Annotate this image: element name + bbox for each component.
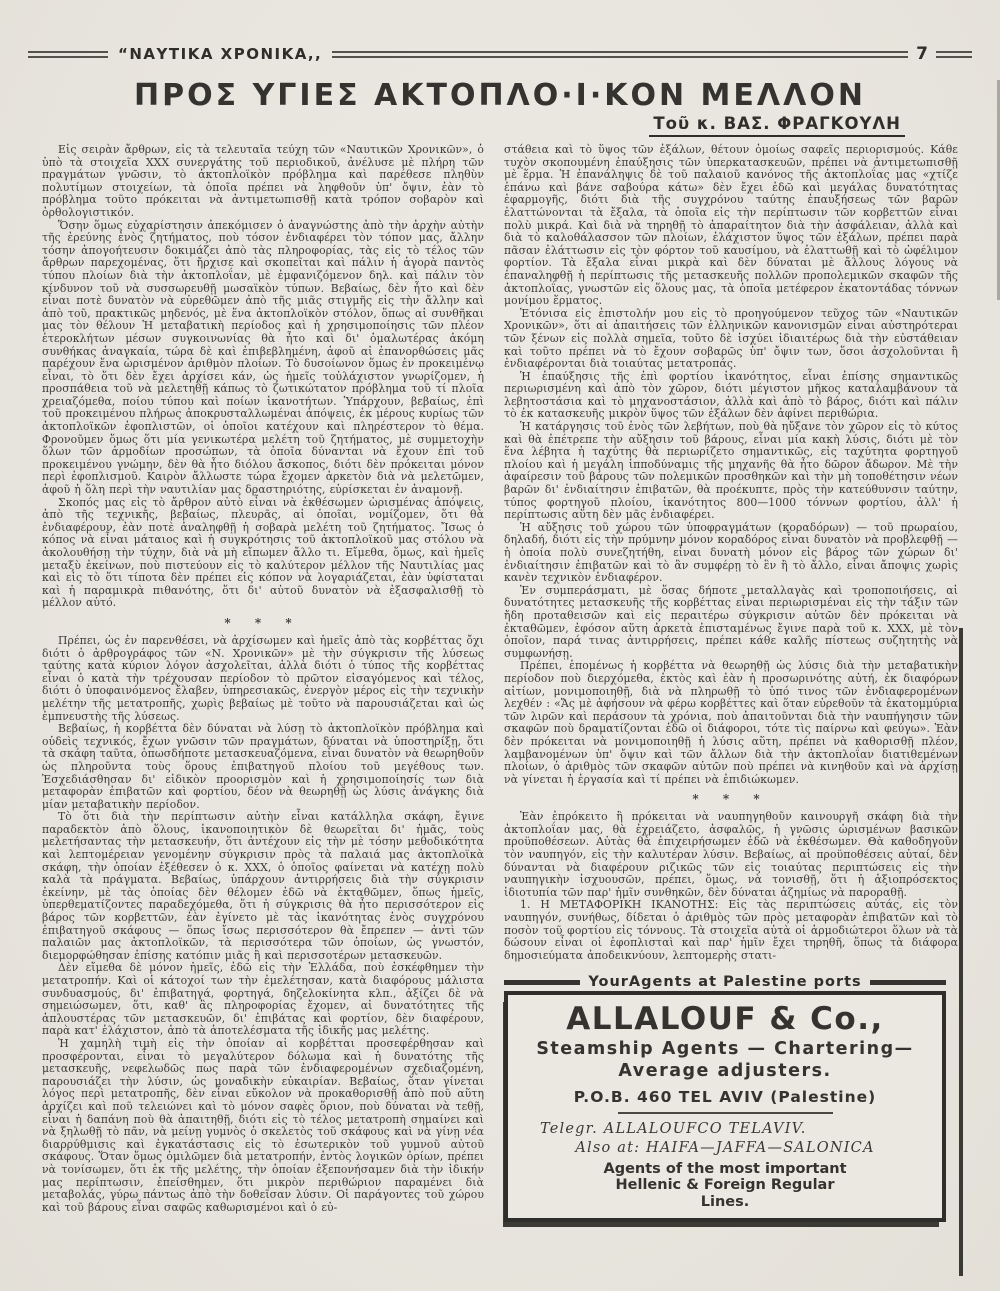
ad-address: P.O.B. 460 TEL AVIV (Palestine) <box>516 1088 934 1106</box>
ad-services-line-1: Steamship Agents — Chartering— <box>516 1039 934 1059</box>
advertisement: YourAgents at Palestine ports ALLALOUF &… <box>504 974 958 1222</box>
paragraph: Ἡ χαμηλὴ τιμὴ εἰς τὴν ὁποίαν αἱ κορβέττα… <box>42 1038 484 1214</box>
ad-header-text: YourAgents at Palestine ports <box>588 974 861 990</box>
paragraph: Δὲν εἴμεθα δὲ μόνον ἡμεῖς, ἐδῶ εἰς τὴν Ἑ… <box>42 962 484 1038</box>
ad-company-name: ALLALOUF & Co., <box>516 1001 934 1037</box>
paragraph: Τὸ ὅτι διὰ τὴν περίπτωσιν αὐτὴν εἶναι κα… <box>42 811 484 962</box>
ad-header-rule-left <box>504 980 580 985</box>
article-body: Εἰς σειρὰν ἄρθρων, εἰς τὰ τελευταῖα τεύχ… <box>0 144 1000 1222</box>
ad-header-rule-right <box>870 980 946 985</box>
page-title: ΠΡΟΣ ΥΓΙΕΣ ΑΚΤΟΠΛΟ·Ι·ΚΟΝ ΜΕΛΛΟΝ <box>0 78 1000 113</box>
header-rule-left <box>28 51 108 58</box>
header-rule-right <box>936 51 972 58</box>
ad-footer: Agents of the most important Hellenic & … <box>516 1161 934 1211</box>
ad-footer-line-2: Hellenic & Foreign Regular <box>516 1177 934 1194</box>
paragraph: Σκοπός μας εἰς τὸ ἄρθρον αὐτὸ εἶναι νὰ ἐ… <box>42 497 484 610</box>
ad-services-line-2: Average adjusters. <box>516 1061 934 1081</box>
masthead: “ΝΑΥΤΙΚΑ ΧΡΟΝΙΚΑ,, <box>108 45 332 63</box>
paragraph: Πρέπει, ὡς ἐν παρενθέσει, νὰ ἀρχίσωμεν κ… <box>42 635 484 723</box>
article-column-left: Εἰς σειρὰν ἄρθρων, εἰς τὰ τελευταῖα τεύχ… <box>42 144 484 1222</box>
section-separator: * * * <box>42 616 484 630</box>
paragraph: Βεβαίως, ἡ κορβέττα δὲν δύναται νὰ λύσῃ … <box>42 723 484 811</box>
ad-footer-line-3: Lines. <box>516 1194 934 1211</box>
paragraph: Ἡ κατάργησις τοῦ ἑνὸς τῶν λεβήτων, ποὺ θ… <box>504 421 958 522</box>
ad-telegraph: Telegr. ALLALOUFCO TELAVIV. <box>516 1121 934 1137</box>
scan-edge-artifact <box>959 628 963 1276</box>
byline: Τοῦ κ. ΒΑΣ. ΦΡΑΓΚΟΥΛΗ <box>649 114 905 137</box>
header-rule-middle <box>332 51 908 58</box>
ad-header-row: YourAgents at Palestine ports <box>504 974 946 990</box>
article-column-right: στάθεια καὶ τὸ ὕψος τῶν ἐξάλων, θέτουν ὁ… <box>504 144 958 1222</box>
paragraph: Ἐὰν ἐπρόκειτο ἢ πρόκειται νὰ ναυπηγηθοῦν… <box>504 811 958 899</box>
ad-footer-line-1: Agents of the most important <box>516 1161 934 1178</box>
paragraph: 1. Η ΜΕΤΑΦΟΡΙΚΗ ΙΚΑΝΟΤΗΣ: Εἰς τὰς περιπτ… <box>504 899 958 962</box>
ad-branches: Also at: HAIFA—JAFFA—SALONICA <box>516 1140 934 1156</box>
paragraph: Ὅσην ὅμως εὐχαρίστησιν ἀπεκόμισεν ὁ ἀναγ… <box>42 220 484 497</box>
paragraph: Ἡ ἐπαύξησις τῆς ἐπὶ φορτίου ἱκανότητος, … <box>504 371 958 421</box>
section-separator: * * * <box>504 792 958 806</box>
ad-box: ALLALOUF & Co., Steamship Agents — Chart… <box>504 991 946 1222</box>
paragraph: Εἰς σειρὰν ἄρθρων, εἰς τὰ τελευταῖα τεύχ… <box>42 144 484 220</box>
paragraph: Ἡ αὔξησις τοῦ χώρου τῶν ὑποφραγμάτων (κο… <box>504 522 958 585</box>
paragraph: Ἐτόνισα εἰς ἐπιστολήν μου εἰς τὸ προηγού… <box>504 308 958 371</box>
page-header: “ΝΑΥΤΙΚΑ ΧΡΟΝΙΚΑ,, 7 <box>0 0 1000 64</box>
magazine-page: “ΝΑΥΤΙΚΑ ΧΡΟΝΙΚΑ,, 7 ΠΡΟΣ ΥΓΙΕΣ ΑΚΤΟΠΛΟ·… <box>0 0 1000 1291</box>
paragraph: στάθεια καὶ τὸ ὕψος τῶν ἐξάλων, θέτουν ὁ… <box>504 144 958 308</box>
byline-row: Τοῦ κ. ΒΑΣ. ΦΡΑΓΚΟΥΛΗ <box>0 114 1000 140</box>
paragraph: Ἐν συμπεράσματι, μὲ ὅσας δήποτε μεταλλαγ… <box>504 585 958 661</box>
paragraph: Πρέπει, ἑπομένως ἡ κορβέττα νὰ θεωρηθῇ ὡ… <box>504 660 958 786</box>
ad-address-underline <box>618 1112 833 1114</box>
page-number: 7 <box>908 44 936 64</box>
